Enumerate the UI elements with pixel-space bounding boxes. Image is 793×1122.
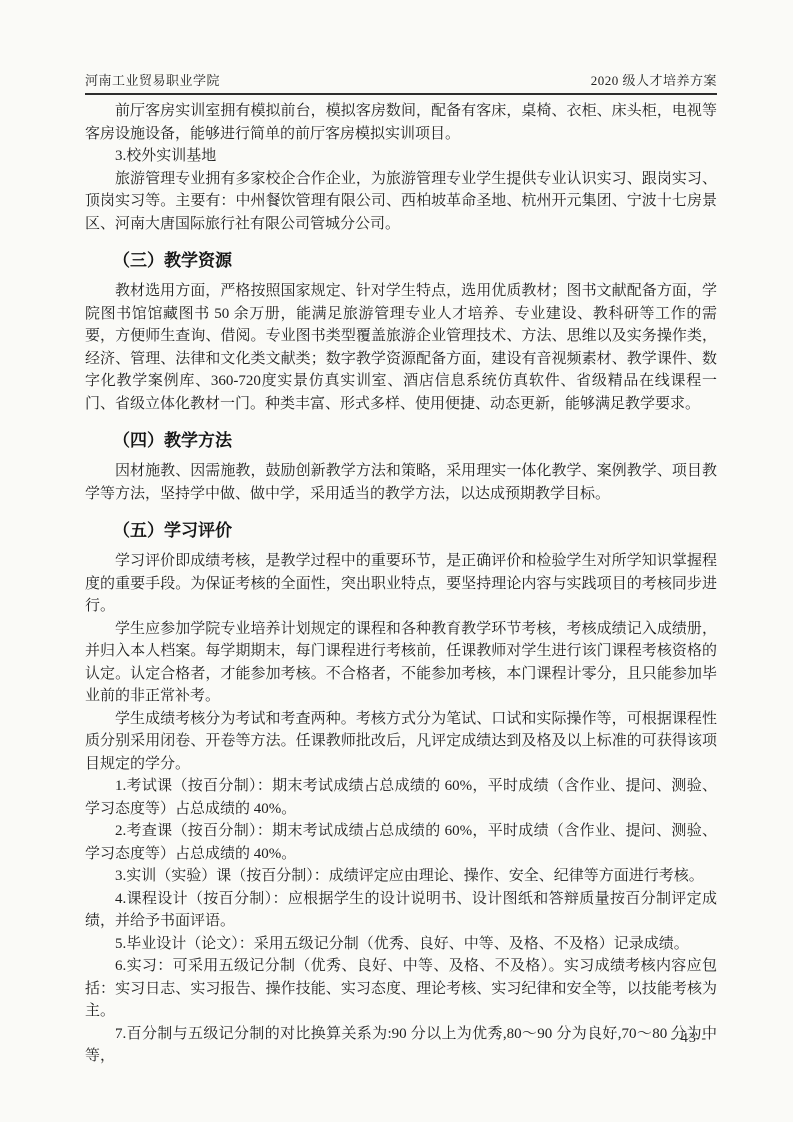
paragraph: 3.校外实训基地 [85,145,717,168]
document-page: 河南工业贸易职业学院 2020 级人才培养方案 前厅客房实训室拥有模拟前台，模拟… [0,0,793,1122]
paragraph: 5.毕业设计（论文）：采用五级记分制（优秀、良好、中等、及格、不及格）记录成绩。 [85,933,717,956]
section-heading: （三）教学资源 [85,248,717,274]
paragraph: 前厅客房实训室拥有模拟前台，模拟客房数间，配备有客床，桌椅、衣柜、床头柜，电视等… [85,100,717,145]
page-number: - 43 - [671,1031,707,1046]
page-footer: - 43 - [671,1031,707,1047]
paragraph: 学习评价即成绩考核，是教学过程中的重要环节，是正确评价和检验学生对所学知识掌握程… [85,550,717,618]
page-header: 河南工业贸易职业学院 2020 级人才培养方案 [85,70,717,95]
section-heading: （五）学习评价 [85,518,717,544]
paragraph: 1.考试课（按百分制）：期末考试成绩占总成绩的 60%，平时成绩（含作业、提问、… [85,775,717,820]
paragraph: 学生应参加学院专业培养计划规定的课程和各种教育教学环节考核，考核成绩记入成绩册，… [85,618,717,708]
paragraph: 4.课程设计（按百分制）：应根据学生的设计说明书、设计图纸和答辩质量按百分制评定… [85,888,717,933]
paragraph: 3.实训（实验）课（按百分制）：成绩评定应由理论、操作、安全、纪律等方面进行考核… [85,865,717,888]
paragraph: 因材施教、因需施教，鼓励创新教学方法和策略，采用理实一体化教学、案例教学、项目教… [85,460,717,505]
section-heading: （四）教学方法 [85,428,717,454]
paragraph: 2.考查课（按百分制）：期末考试成绩占总成绩的 60%，平时成绩（含作业、提问、… [85,820,717,865]
header-school-name: 河南工业贸易职业学院 [85,70,220,89]
paragraph: 7.百分制与五级记分制的对比换算关系为:90 分以上为优秀,80～90 分为良好… [85,1023,717,1068]
paragraph: 旅游管理专业拥有多家校企合作企业，为旅游管理专业学生提供专业认识实习、跟岗实习、… [85,168,717,236]
paragraph: 教材选用方面，严格按照国家规定、针对学生特点，选用优质教材；图书文献配备方面，学… [85,280,717,415]
paragraph: 学生成绩考核分为考试和考查两种。考核方式分为笔试、口试和实际操作等，可根据课程性… [85,708,717,776]
paragraph: 6.实习：可采用五级记分制（优秀、良好、中等、及格、不及格）。实习成绩考核内容应… [85,955,717,1023]
document-body: 前厅客房实训室拥有模拟前台，模拟客房数间，配备有客床，桌椅、衣柜、床头柜，电视等… [85,100,717,1068]
header-doc-title: 2020 级人才培养方案 [591,70,717,89]
